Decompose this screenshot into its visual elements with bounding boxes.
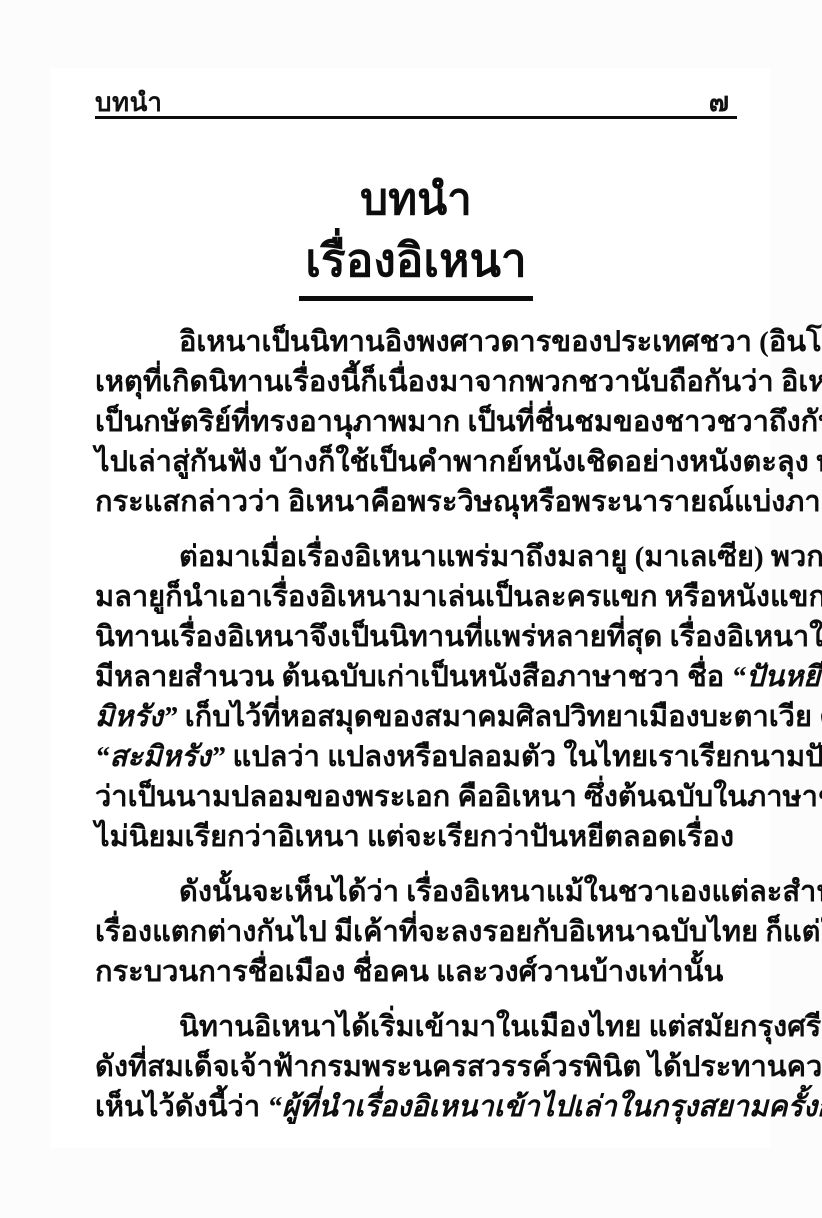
italic-text-run: “ปันหยี สะ	[731, 661, 822, 693]
text-run: นิทานอิเหนาได้เริ่มเข้ามาในเมืองไทย แต่ส…	[179, 1011, 822, 1043]
header-rule	[95, 116, 737, 119]
text-run: เป็นกษัตริย์ที่ทรงอานุภาพมาก เป็นที่ชื่น…	[95, 406, 822, 438]
paragraph: ต่อมาเมื่อเรื่องอิเหนาแพร่มาถึงมลายู (มา…	[95, 537, 743, 857]
text-line: กระแสกล่าวว่า อิเหนาคือพระวิษณุหรือพระนา…	[95, 482, 743, 522]
text-line: ว่าเป็นนามปลอมของพระเอก คืออิเหนา ซึ่งต้…	[95, 777, 743, 817]
italic-text-run: “สะมิหรัง”	[95, 741, 225, 773]
text-run: มีหลายสำนวน ต้นฉบับเก่าเป็นหนังสือภาษาชว…	[95, 661, 731, 693]
text-run: ต่อมาเมื่อเรื่องอิเหนาแพร่มาถึงมลายู (มา…	[179, 541, 822, 573]
story-title-wrap: เรื่องอิเหนา	[95, 235, 737, 301]
text-run: เห็นไว้ดังนี้ว่า	[95, 1091, 267, 1123]
chapter-title: บทนำ	[95, 172, 737, 227]
text-line: ดังนั้นจะเห็นได้ว่า เรื่องอิเหนาแม้ในชวา…	[95, 872, 743, 912]
text-line: เรื่องแตกต่างกันไป มีเค้าที่จะลงรอยกับอิ…	[95, 912, 743, 952]
paragraph: ดังนั้นจะเห็นได้ว่า เรื่องอิเหนาแม้ในชวา…	[95, 872, 743, 992]
text-run: ไปเล่าสู่กันฟัง บ้างก็ใช้เป็นคำพากย์หนัง…	[95, 446, 822, 478]
text-line: ต่อมาเมื่อเรื่องอิเหนาแพร่มาถึงมลายู (มา…	[95, 537, 743, 577]
text-line: ไม่นิยมเรียกว่าอิเหนา แต่จะเรียกว่าปันหย…	[95, 817, 743, 857]
text-line: ดังที่สมเด็จเจ้าฟ้ากรมพระนครสวรรค์วรพินิ…	[95, 1047, 743, 1087]
text-line: มิหรัง” เก็บไว้ที่หอสมุดของสมาคมศิลปวิทย…	[95, 697, 743, 737]
book-page-scan: บทนำ ๗ บทนำ เรื่องอิเหนา อิเหนาเป็นนิทาน…	[0, 0, 822, 1218]
text-line: เป็นกษัตริย์ที่ทรงอานุภาพมาก เป็นที่ชื่น…	[95, 402, 743, 442]
text-run: ดังที่สมเด็จเจ้าฟ้ากรมพระนครสวรรค์วรพินิ…	[95, 1051, 822, 1083]
text-run: แปลว่า แปลงหรือปลอมตัว ในไทยเราเรียกนามป…	[225, 741, 822, 773]
paragraph: นิทานอิเหนาได้เริ่มเข้ามาในเมืองไทย แต่ส…	[95, 1007, 743, 1127]
body-text: อิเหนาเป็นนิทานอิงพงศาวดารของประเทศชวา (…	[95, 322, 743, 1142]
text-run: กระบวนการชื่อเมือง ชื่อคน และวงศ์วานบ้าง…	[95, 956, 723, 988]
text-run: เหตุที่เกิดนิทานเรื่องนี้ก็เนื่องมาจากพว…	[95, 366, 822, 398]
text-line: นิทานเรื่องอิเหนาจึงเป็นนิทานที่แพร่หลาย…	[95, 617, 743, 657]
text-run: ว่าเป็นนามปลอมของพระเอก คืออิเหนา ซึ่งต้…	[95, 781, 822, 813]
text-run: เก็บไว้ที่หอสมุดของสมาคมศิลปวิทยาเมืองบะ…	[177, 701, 822, 733]
text-line: นิทานอิเหนาได้เริ่มเข้ามาในเมืองไทย แต่ส…	[95, 1007, 743, 1047]
text-run: อิเหนาเป็นนิทานอิงพงศาวดารของประเทศชวา (…	[179, 326, 822, 358]
text-line: มลายูก็นำเอาเรื่องอิเหนามาเล่นเป็นละครแข…	[95, 577, 743, 617]
text-line: มีหลายสำนวน ต้นฉบับเก่าเป็นหนังสือภาษาชว…	[95, 657, 743, 697]
text-run: กระแสกล่าวว่า อิเหนาคือพระวิษณุหรือพระนา…	[95, 486, 822, 518]
title-block: บทนำ เรื่องอิเหนา	[95, 172, 737, 301]
text-line: เหตุที่เกิดนิทานเรื่องนี้ก็เนื่องมาจากพว…	[95, 362, 743, 402]
text-line: อิเหนาเป็นนิทานอิงพงศาวดารของประเทศชวา (…	[95, 322, 743, 362]
text-line: กระบวนการชื่อเมือง ชื่อคน และวงศ์วานบ้าง…	[95, 952, 743, 992]
text-run: เรื่องแตกต่างกันไป มีเค้าที่จะลงรอยกับอิ…	[95, 916, 822, 948]
italic-text-run: มิหรัง”	[95, 701, 177, 733]
text-run: ไม่นิยมเรียกว่าอิเหนา แต่จะเรียกว่าปันหย…	[95, 821, 734, 853]
text-run: มลายูก็นำเอาเรื่องอิเหนามาเล่นเป็นละครแข…	[95, 581, 822, 613]
text-line: “สะมิหรัง” แปลว่า แปลงหรือปลอมตัว ในไทยเ…	[95, 737, 743, 777]
italic-text-run: “ผู้ที่นำเรื่องอิเหนาเข้าไปเล่าในกรุงสยา…	[267, 1091, 822, 1123]
story-title: เรื่องอิเหนา	[299, 235, 532, 301]
text-line: ไปเล่าสู่กันฟัง บ้างก็ใช้เป็นคำพากย์หนัง…	[95, 442, 743, 482]
text-line: เห็นไว้ดังนี้ว่า “ผู้ที่นำเรื่องอิเหนาเข…	[95, 1087, 743, 1127]
paragraph: อิเหนาเป็นนิทานอิงพงศาวดารของประเทศชวา (…	[95, 322, 743, 522]
text-run: นิทานเรื่องอิเหนาจึงเป็นนิทานที่แพร่หลาย…	[95, 621, 822, 653]
text-run: ดังนั้นจะเห็นได้ว่า เรื่องอิเหนาแม้ในชวา…	[179, 876, 822, 908]
